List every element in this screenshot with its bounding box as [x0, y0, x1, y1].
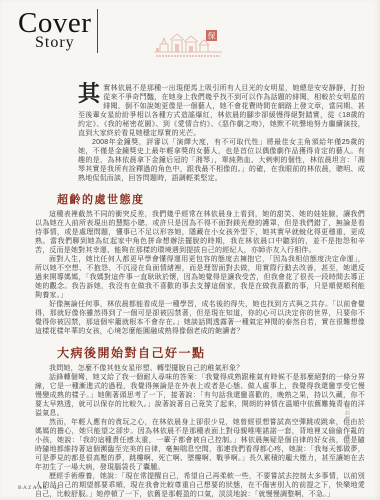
- stamp-graphic: 保: [148, 22, 228, 66]
- body-paragraph: 2008年金鐘獎，評審以「演繹大度，有不可取代性」將最佳女主角頒給年僅25歲的她…: [78, 138, 365, 183]
- stamp-seal-glyph: 保: [208, 32, 216, 41]
- body-paragraph: 面對人生，她比任何人都更早學會懂得運用更包容的態度去擁抱它，「因為我相信態度決定…: [35, 255, 365, 300]
- body-paragraph: 實林依晨不是那種一出現便馬上吸引所有人目光的女明星，她總是安安靜靜，打扮從來不爭…: [78, 84, 365, 138]
- section2-text: 我問她，怎麼不像其他女星形塑、轉型擺脫自己的稚氣形象？ 話鋒轉個彎，她又給了我一…: [35, 364, 365, 499]
- lede-block: 其 實林依晨不是那種一出現便馬上吸引所有人目光的女明星，她總是安安靜靜，打扮從來…: [78, 84, 365, 183]
- page-folio: BAZAAR42: [18, 485, 59, 491]
- magazine-page: Cover Story 保: [0, 0, 380, 500]
- article-body: 其 實林依晨不是那種一出現便馬上吸引所有人目光的女明星，她總是安安靜靜，打扮從來…: [35, 84, 365, 499]
- body-paragraph: 這種表裡截然不同的衝突反差，我們幾乎經常在林依晨身上看到，她的甜笑、她的娃娃臉，…: [35, 210, 365, 255]
- body-paragraph: 話鋒轉個彎，她又給了我一個耐人尋味的答案：「我覺得成熟跟稚氣有時候不是那麼絕對的…: [35, 373, 365, 418]
- magazine-name: BAZAAR: [18, 485, 48, 491]
- page-number: 42: [54, 485, 60, 491]
- pink-palace-stamp-illustration: 保: [148, 22, 228, 66]
- section1-text: 這種表裡截然不同的衝突反差，我們幾乎經常在林依晨身上看到，她的甜笑、她的娃娃臉，…: [35, 210, 365, 336]
- body-paragraph: 我問她，怎麼不像其他女星形塑、轉型擺脫自己的稚氣形象？: [35, 364, 365, 373]
- body-paragraph: 歷經手術療養，她說：「現在常提醒自己，希望自己再柔軟一些，不要嘗試去控制太多事情…: [35, 472, 365, 499]
- margin-credit-microtext: 採訪撰文／攝影: [344, 404, 351, 446]
- dropcap-character: 其: [78, 84, 103, 103]
- cover-story-masthead: Cover Story: [18, 8, 91, 51]
- body-paragraph: 然而，年輕人應有的貪玩之心，在林依晨身上卻很少見，她曾經很想嘗試高空彈跳或跳傘，…: [35, 418, 365, 472]
- masthead-divider-rule: [97, 9, 98, 53]
- body-paragraph: 好像無論任何事，林依晨都能看成是一種學習，成名後的得失，她也找到方式與之共存。「…: [35, 300, 365, 336]
- section-heading-overage-attitude: 超齡的處世態度: [57, 191, 365, 207]
- section-heading-after-illness: 大病後開始對自己好一點: [57, 344, 365, 361]
